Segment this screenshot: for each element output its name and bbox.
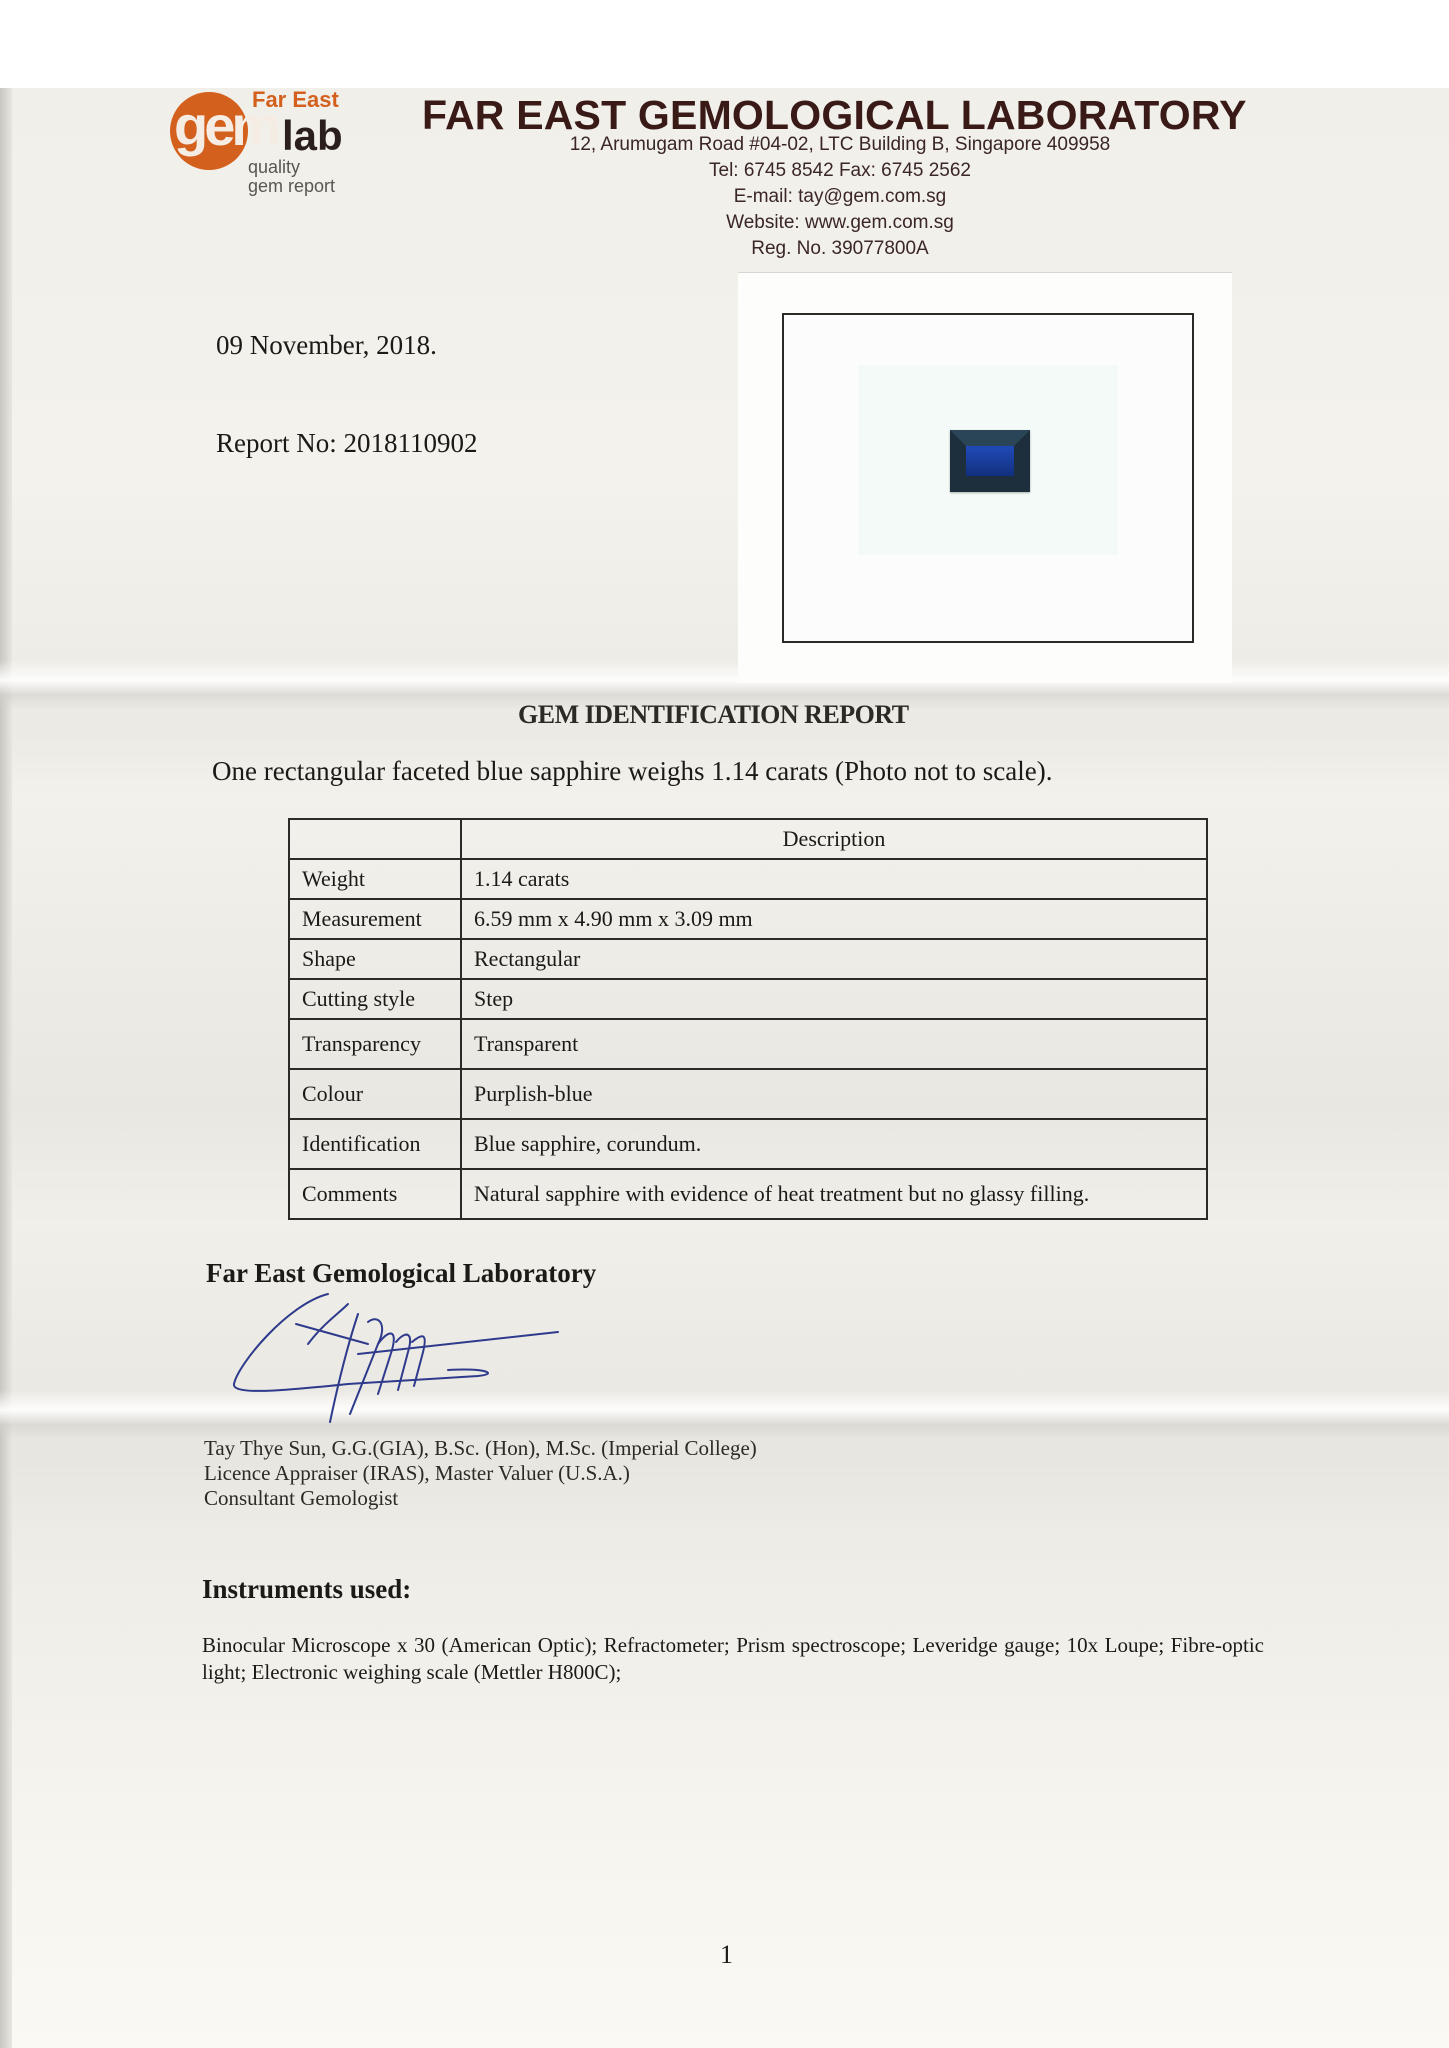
- row-label: Transparency: [289, 1019, 461, 1069]
- sapphire-image: [950, 430, 1030, 492]
- row-value: Natural sapphire with evidence of heat t…: [461, 1169, 1207, 1219]
- row-value: Step: [461, 979, 1207, 1019]
- table-row: Shape Rectangular: [289, 939, 1207, 979]
- table-row: Weight 1.14 carats: [289, 859, 1207, 899]
- table-row: Cutting style Step: [289, 979, 1207, 1019]
- signer-titles: Licence Appraiser (IRAS), Master Valuer …: [204, 1461, 757, 1486]
- row-label: Weight: [289, 859, 461, 899]
- row-value: Transparent: [461, 1019, 1207, 1069]
- lab-reg-no: Reg. No. 39077800A: [480, 236, 1200, 262]
- paper-fold: [0, 1390, 1449, 1440]
- row-label: Shape: [289, 939, 461, 979]
- table-row: Comments Natural sapphire with evidence …: [289, 1169, 1207, 1219]
- row-value: Purplish-blue: [461, 1069, 1207, 1119]
- row-label: Comments: [289, 1169, 461, 1219]
- row-value: 6.59 mm x 4.90 mm x 3.09 mm: [461, 899, 1207, 939]
- logo-tagline: quality gem report: [248, 158, 335, 196]
- logo-brand-gem: gem: [174, 96, 277, 156]
- table-header-row: Description: [289, 819, 1207, 859]
- row-value: 1.14 carats: [461, 859, 1207, 899]
- row-label: Cutting style: [289, 979, 461, 1019]
- signature-icon: [228, 1284, 568, 1424]
- report-date: 09 November, 2018.: [216, 330, 437, 361]
- lab-email: E-mail: tay@gem.com.sg: [480, 184, 1200, 210]
- lab-website: Website: www.gem.com.sg: [480, 210, 1200, 236]
- logo-brand-lab: lab: [282, 114, 343, 158]
- table-row: Identification Blue sapphire, corundum.: [289, 1119, 1207, 1169]
- signer-role: Consultant Gemologist: [204, 1486, 757, 1511]
- logo-tagline-2: gem report: [248, 177, 335, 196]
- signer-credentials: Tay Thye Sun, G.G.(GIA), B.Sc. (Hon), M.…: [204, 1436, 757, 1511]
- table-row: Measurement 6.59 mm x 4.90 mm x 3.09 mm: [289, 899, 1207, 939]
- table-row: Transparency Transparent: [289, 1019, 1207, 1069]
- page-number: 1: [720, 1940, 733, 1970]
- row-label: Measurement: [289, 899, 461, 939]
- row-label: Colour: [289, 1069, 461, 1119]
- section-title: GEM IDENTIFICATION REPORT: [518, 700, 909, 730]
- report-number: Report No: 2018110902: [216, 428, 477, 459]
- gem-photo-frame: [782, 313, 1194, 643]
- lab-phone-fax: Tel: 6745 8542 Fax: 6745 2562: [480, 158, 1200, 184]
- gemlab-logo: Far East gem lab quality gem report: [170, 92, 390, 202]
- signer-name: Tay Thye Sun, G.G.(GIA), B.Sc. (Hon), M.…: [204, 1436, 757, 1461]
- row-value: Rectangular: [461, 939, 1207, 979]
- table-header-description: Description: [461, 819, 1207, 859]
- row-value: Blue sapphire, corundum.: [461, 1119, 1207, 1169]
- instruments-title: Instruments used:: [202, 1574, 411, 1605]
- table-row: Colour Purplish-blue: [289, 1069, 1207, 1119]
- lab-address: 12, Arumugam Road #04-02, LTC Building B…: [480, 132, 1200, 158]
- gem-facet: [950, 430, 1030, 446]
- logo-tagline-1: quality: [248, 158, 335, 177]
- row-label: Identification: [289, 1119, 461, 1169]
- specs-table: Description Weight 1.14 carats Measureme…: [288, 818, 1208, 1220]
- gem-table-facet: [966, 446, 1014, 476]
- gem-photo-card: [738, 272, 1232, 683]
- instruments-list: Binocular Microscope x 30 (American Opti…: [202, 1632, 1264, 1686]
- page-edge-shadow: [0, 88, 12, 2048]
- identification-summary: One rectangular faceted blue sapphire we…: [212, 756, 1052, 787]
- lab-contact-block: 12, Arumugam Road #04-02, LTC Building B…: [480, 132, 1200, 262]
- table-header-empty: [289, 819, 461, 859]
